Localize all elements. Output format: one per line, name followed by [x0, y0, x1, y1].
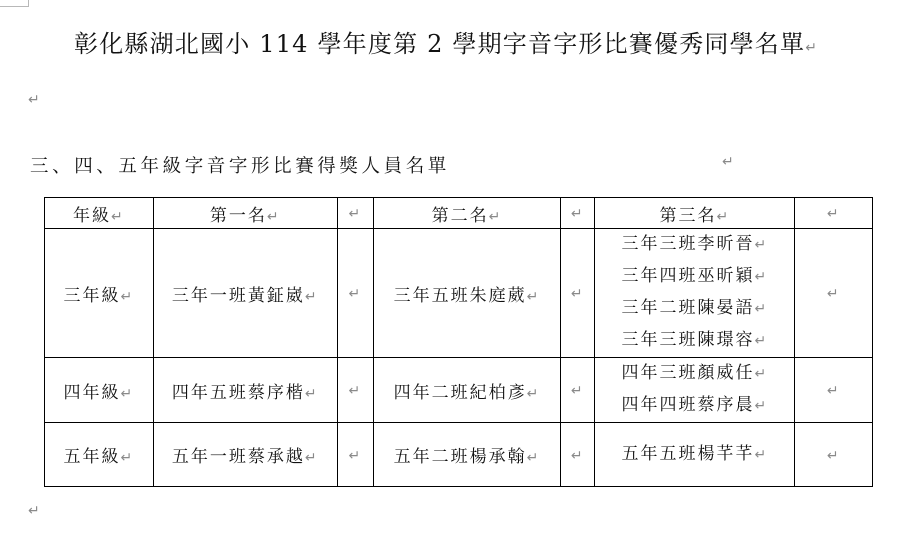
- third-place-entry: 四年四班蔡序晨↵: [595, 390, 794, 422]
- cell-end-mark-icon: ↵: [571, 286, 585, 302]
- cell-third-place[interactable]: 五年五班楊芊芊↵: [595, 423, 795, 487]
- table-row: 五年級↵ 五年一班蔡承越↵ ↵ 五年二班楊承翰↵ ↵ 五年五班楊芊芊↵ ↵: [45, 423, 873, 487]
- cell-end-mark-icon: ↵: [571, 448, 585, 464]
- cell-end-mark-icon: ↵: [489, 209, 503, 225]
- third-place-entry: 三年三班陳璟容↵: [595, 325, 794, 357]
- paragraph-mark-icon: ↵: [755, 301, 769, 317]
- cell-first-place[interactable]: 四年五班蔡序楷↵: [153, 358, 337, 423]
- page-margin-corner-mark: [0, 0, 29, 7]
- cell-end-mark-icon: ↵: [120, 289, 134, 305]
- cell-end-mark-icon: ↵: [571, 206, 585, 222]
- cell-blank-b[interactable]: ↵: [561, 229, 595, 358]
- paragraph-mark-icon: ↵: [805, 40, 818, 56]
- cell-end-mark-icon: ↵: [755, 447, 769, 463]
- third-place-entry: 五年五班楊芊芊↵: [595, 439, 794, 471]
- cell-end-mark-icon: ↵: [827, 286, 841, 302]
- paragraph-mark-icon: ↵: [755, 237, 769, 253]
- document-title-text: 彰化縣湖北國小 114 學年度第 2 學期字音字形比賽優秀同學名單: [74, 30, 805, 58]
- table-row: 四年級↵ 四年五班蔡序楷↵ ↵ 四年二班紀柏彥↵ ↵ 四年三班顏威任↵ 四年四班…: [45, 358, 873, 423]
- cell-end-mark-icon: ↵: [527, 289, 541, 305]
- paragraph-mark-icon: ↵: [28, 503, 40, 519]
- header-cell-second[interactable]: 第二名↵: [373, 198, 560, 229]
- cell-end-mark-icon: ↵: [755, 398, 769, 414]
- second-place-name: 三年五班朱庭葳: [394, 286, 527, 306]
- cell-third-place[interactable]: 三年三班李昕晉↵ 三年四班巫昕穎↵ 三年二班陳晏語↵ 三年三班陳璟容↵: [595, 229, 795, 358]
- header-cell-blank-c[interactable]: ↵: [795, 198, 873, 229]
- first-place-name: 四年五班蔡序楷: [172, 383, 305, 403]
- cell-first-place[interactable]: 三年一班黃鉦崴↵: [153, 229, 337, 358]
- cell-end-mark-icon: ↵: [348, 383, 362, 399]
- cell-grade[interactable]: 四年級↵: [45, 358, 154, 423]
- header-cell-grade[interactable]: 年級↵: [45, 198, 154, 229]
- third-place-name: 四年四班蔡序晨: [622, 395, 755, 415]
- cell-end-mark-icon: ↵: [267, 209, 281, 225]
- third-place-name: 三年三班李昕晉: [622, 234, 755, 254]
- cell-second-place[interactable]: 三年五班朱庭葳↵: [373, 229, 560, 358]
- third-place-name: 三年四班巫昕穎: [622, 266, 755, 286]
- third-place-entry: 三年三班李昕晉↵: [595, 229, 794, 261]
- awards-table: 年級↵ 第一名↵ ↵ 第二名↵ ↵ 第三名↵ ↵ 三年級↵ 三年一班黃鉦崴↵ ↵…: [44, 197, 873, 487]
- first-place-name: 三年一班黃鉦崴: [172, 286, 305, 306]
- paragraph-mark-icon: ↵: [28, 92, 40, 108]
- header-first-label: 第一名: [210, 206, 267, 226]
- grade-label: 五年級: [63, 447, 120, 467]
- second-place-name: 四年二班紀柏彥: [394, 383, 527, 403]
- third-place-entry: 三年二班陳晏語↵: [595, 293, 794, 325]
- cell-blank-a[interactable]: ↵: [337, 229, 373, 358]
- cell-blank-a[interactable]: ↵: [337, 423, 373, 487]
- header-cell-first[interactable]: 第一名↵: [153, 198, 337, 229]
- header-cell-blank-b[interactable]: ↵: [561, 198, 595, 229]
- first-place-name: 五年一班蔡承越: [172, 447, 305, 467]
- cell-grade[interactable]: 三年級↵: [45, 229, 154, 358]
- table-header-row: 年級↵ 第一名↵ ↵ 第二名↵ ↵ 第三名↵ ↵: [45, 198, 873, 229]
- cell-end-mark-icon: ↵: [717, 209, 731, 225]
- cell-end-mark-icon: ↵: [305, 386, 319, 402]
- cell-end-mark-icon: ↵: [305, 450, 319, 466]
- cell-second-place[interactable]: 五年二班楊承翰↵: [373, 423, 560, 487]
- cell-grade[interactable]: 五年級↵: [45, 423, 154, 487]
- document-title: 彰化縣湖北國小 114 學年度第 2 學期字音字形比賽優秀同學名單↵: [74, 24, 818, 59]
- cell-end-mark-icon: ↵: [111, 209, 125, 225]
- cell-blank-c[interactable]: ↵: [795, 423, 873, 487]
- paragraph-mark-icon: ↵: [755, 269, 769, 285]
- paragraph-mark-icon: ↵: [755, 366, 769, 382]
- cell-second-place[interactable]: 四年二班紀柏彥↵: [373, 358, 560, 423]
- third-place-entry: 三年四班巫昕穎↵: [595, 261, 794, 293]
- cell-end-mark-icon: ↵: [348, 206, 362, 222]
- cell-third-place[interactable]: 四年三班顏威任↵ 四年四班蔡序晨↵: [595, 358, 795, 423]
- cell-blank-c[interactable]: ↵: [795, 358, 873, 423]
- cell-end-mark-icon: ↵: [348, 448, 362, 464]
- cell-first-place[interactable]: 五年一班蔡承越↵: [153, 423, 337, 487]
- table-row: 三年級↵ 三年一班黃鉦崴↵ ↵ 三年五班朱庭葳↵ ↵ 三年三班李昕晉↵ 三年四班…: [45, 229, 873, 358]
- cell-end-mark-icon: ↵: [571, 383, 585, 399]
- section-subtitle: 三、四、五年級字音字形比賽得獎人員名單: [30, 152, 450, 178]
- cell-end-mark-icon: ↵: [120, 386, 134, 402]
- header-third-label: 第三名: [660, 206, 717, 226]
- cell-end-mark-icon: ↵: [527, 386, 541, 402]
- third-place-name: 四年三班顏威任: [622, 363, 755, 383]
- grade-label: 四年級: [63, 383, 120, 403]
- cell-end-mark-icon: ↵: [527, 450, 541, 466]
- header-cell-third[interactable]: 第三名↵: [595, 198, 795, 229]
- cell-end-mark-icon: ↵: [305, 289, 319, 305]
- cell-end-mark-icon: ↵: [348, 286, 362, 302]
- header-cell-blank-a[interactable]: ↵: [337, 198, 373, 229]
- header-grade-label: 年級: [73, 206, 111, 226]
- cell-end-mark-icon: ↵: [755, 333, 769, 349]
- cell-end-mark-icon: ↵: [827, 383, 841, 399]
- paragraph-mark-icon: ↵: [722, 154, 734, 170]
- cell-end-mark-icon: ↵: [827, 206, 841, 222]
- third-place-name: 三年二班陳晏語: [622, 298, 755, 318]
- second-place-name: 五年二班楊承翰: [394, 447, 527, 467]
- cell-blank-c[interactable]: ↵: [795, 229, 873, 358]
- third-place-name: 三年三班陳璟容: [622, 330, 755, 350]
- grade-label: 三年級: [63, 286, 120, 306]
- cell-end-mark-icon: ↵: [827, 448, 841, 464]
- cell-blank-b[interactable]: ↵: [561, 358, 595, 423]
- third-place-name: 五年五班楊芊芊: [622, 444, 755, 464]
- cell-end-mark-icon: ↵: [120, 450, 134, 466]
- cell-blank-b[interactable]: ↵: [561, 423, 595, 487]
- cell-blank-a[interactable]: ↵: [337, 358, 373, 423]
- header-second-label: 第二名: [432, 206, 489, 226]
- third-place-entry: 四年三班顏威任↵: [595, 358, 794, 390]
